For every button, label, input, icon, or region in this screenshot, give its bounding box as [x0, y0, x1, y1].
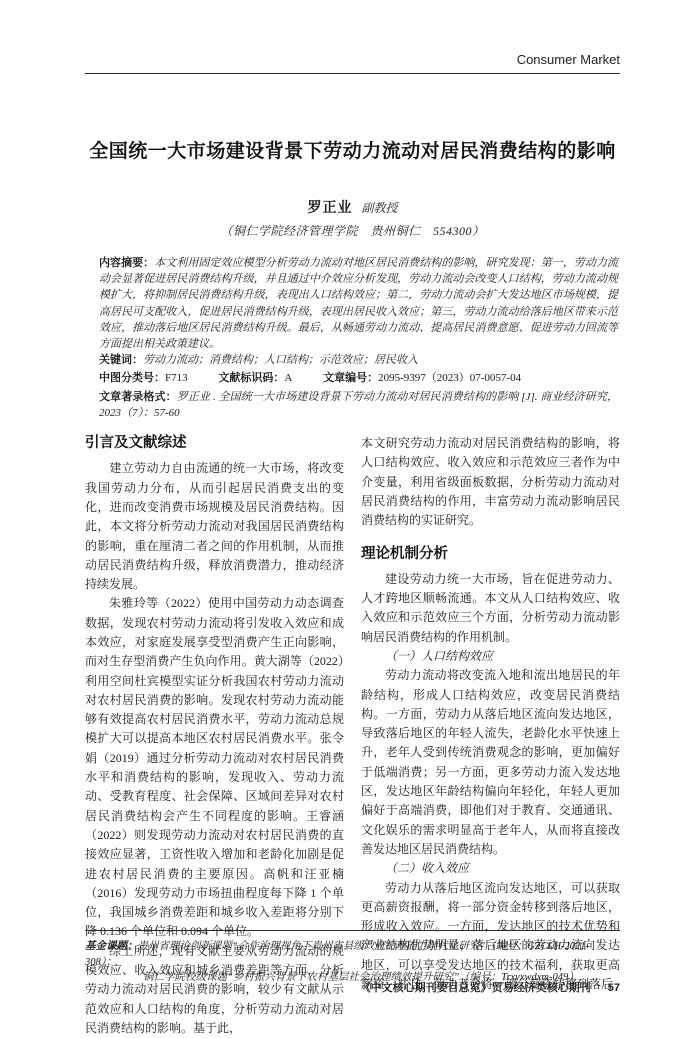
abstract-text: 本文利用固定效应模型分析劳动力流动对地区居民消费结构的影响，研究发现：第一，劳动… [99, 257, 618, 350]
citation-text: 罗正业 . 全国统一大市场建设背景下劳动力流动对居民消费结构的影响 [J]. 商… [99, 391, 618, 419]
clc-label: 中图分类号： [99, 372, 165, 384]
funding-text-1: 贵州省理论创新课题“合作治理视角下贵州省县级政府治理能力现代化研究”（编号：GZ… [85, 941, 589, 968]
doc-code-label: 文献标识码： [218, 372, 284, 384]
paragraph-text: 建立劳动力自由流通的统一大市场，将改变我国劳动力分布，从而引起居民消费支出的变化… [85, 461, 344, 591]
author-name: 罗正业 [307, 201, 352, 216]
column-label: Consumer Market [517, 52, 620, 67]
subsection-heading-income: （二）收入效应 [361, 859, 620, 878]
subsection-heading-population: （一）人口结构效应 [361, 647, 620, 666]
abstract: 内容摘要：本文利用固定效应模型分析劳动力流动对地区居民消费结构的影响，研究发现：… [99, 255, 618, 352]
funding-label: 基金课题： [85, 941, 138, 952]
author-job-title: 副教授 [361, 201, 397, 215]
clc-group: 中图分类号：F713 [99, 372, 188, 384]
doc-code-group: 文献标识码：A [218, 372, 292, 384]
page-number: 57 [608, 982, 620, 994]
section-heading-theory: 理论机制分析 [361, 545, 620, 564]
funding-line-1: 基金课题：贵州省理论创新课题“合作治理视角下贵州省县级政府治理能力现代化研究”（… [85, 939, 620, 970]
byline: 罗正业 副教授 [85, 197, 620, 217]
citation: 文章著录格式：罗正业 . 全国统一大市场建设背景下劳动力流动对居民消费结构的影响… [99, 389, 618, 421]
article-id-group: 文章编号：2095-9397（2023）07-0057-04 [323, 372, 521, 384]
doc-code-value: A [284, 372, 292, 384]
body-paragraph-continuation: 本文研究劳动力流动对居民消费结构的影响，将人口结构效应、收入效应和示范效应三者作… [361, 434, 620, 530]
citation-label: 文章著录格式： [99, 391, 177, 403]
keywords-text: 劳动力流动；消费结构；人口结构；示范效应；居民收入 [143, 354, 418, 366]
running-head: Consumer Market [85, 52, 620, 74]
body-paragraph: 朱雅玲等（2022）使用中国劳动力动态调查数据，发现农村劳动力流动将引发收入效应… [85, 594, 344, 941]
page-footer: 《中文核心期刊要目总览》贸易经济类核心期刊 57 [360, 979, 620, 995]
body-paragraph: 劳动力流动将改变流入地和流出地居民的年龄结构，形成人口结构效应，改变居民消费结构… [361, 666, 620, 859]
funding-footnote: 基金课题：贵州省理论创新课题“合作治理视角下贵州省县级政府治理能力现代化研究”（… [85, 930, 620, 986]
affiliation: （铜仁学院经济管理学院 贵州铜仁 554300） [85, 222, 620, 239]
article-title: 全国统一大市场建设背景下劳动力流动对居民消费结构的影响 [85, 136, 620, 163]
journal-core-note: 《中文核心期刊要目总览》贸易经济类核心期刊 [360, 982, 591, 994]
meta-line: 中图分类号：F713 文献标识码：A 文章编号：2095-9397（2023）0… [99, 370, 618, 386]
keywords-label: 关键词： [99, 354, 143, 366]
article-id-label: 文章编号： [323, 372, 378, 384]
journal-page: Consumer Market 全国统一大市场建设背景下劳动力流动对居民消费结构… [0, 0, 700, 1038]
body-paragraph: 建设劳动力统一大市场，旨在促进劳动力、人才跨地区顺畅流通。本文从人口结构效应、收… [361, 570, 620, 647]
body-paragraph: 建立劳动力自由流通的统一大市场，将改变我国劳动力分布，从而引起居民消费支出的变化… [85, 459, 344, 594]
front-matter: 内容摘要：本文利用固定效应模型分析劳动力流动对地区居民消费结构的影响，研究发现：… [85, 255, 620, 421]
section-heading-introduction: 引言及文献综述 [85, 434, 344, 453]
keywords: 关键词：劳动力流动；消费结构；人口结构；示范效应；居民收入 [99, 352, 618, 368]
clc-value: F713 [165, 372, 188, 384]
article-id-value: 2095-9397（2023）07-0057-04 [378, 372, 521, 384]
abstract-label: 内容摘要： [99, 257, 154, 269]
